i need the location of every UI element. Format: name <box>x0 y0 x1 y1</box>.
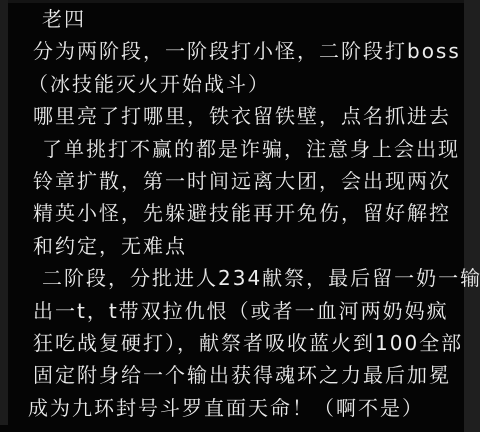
note-line: 精英小怪，先躲避技能再开免伤，留好解控 <box>33 197 480 229</box>
note-line: 二阶段，分批进人234献祭，最后留一奶一输 <box>33 262 480 294</box>
note-title: 老四 <box>33 3 480 35</box>
note-line: 出一t，t带双拉仇恨（或者一血河两奶妈疯 <box>33 295 480 327</box>
note-line: 和约定，无难点 <box>33 230 480 262</box>
note-line: 哪里亮了打哪里，铁衣留铁壁，点名抓进去 <box>33 100 480 132</box>
note-line: 狂吃战复硬打），献祭者吸收蓝火到100全部 <box>33 327 480 359</box>
note-line: 成为九环封号斗罗直面天命！（啊不是） <box>28 392 480 424</box>
note-line: 分为两阶段，一阶段打小怪，二阶段打boss <box>33 35 480 67</box>
note-line: 了单挑打不赢的都是诈骗，注意身上会出现 <box>33 133 480 165</box>
handwritten-note: 老四 分为两阶段，一阶段打小怪，二阶段打boss （冰技能灭火开始战斗） 哪里亮… <box>0 3 480 424</box>
note-line: 铃章扩散，第一时间远离大团，会出现两次 <box>33 165 480 197</box>
note-line: 固定附身给一个输出获得魂环之力最后加冕 <box>33 359 480 391</box>
note-line: （冰技能灭火开始战斗） <box>28 68 480 100</box>
note-photo-background: 老四 分为两阶段，一阶段打小怪，二阶段打boss （冰技能灭火开始战斗） 哪里亮… <box>0 0 480 432</box>
